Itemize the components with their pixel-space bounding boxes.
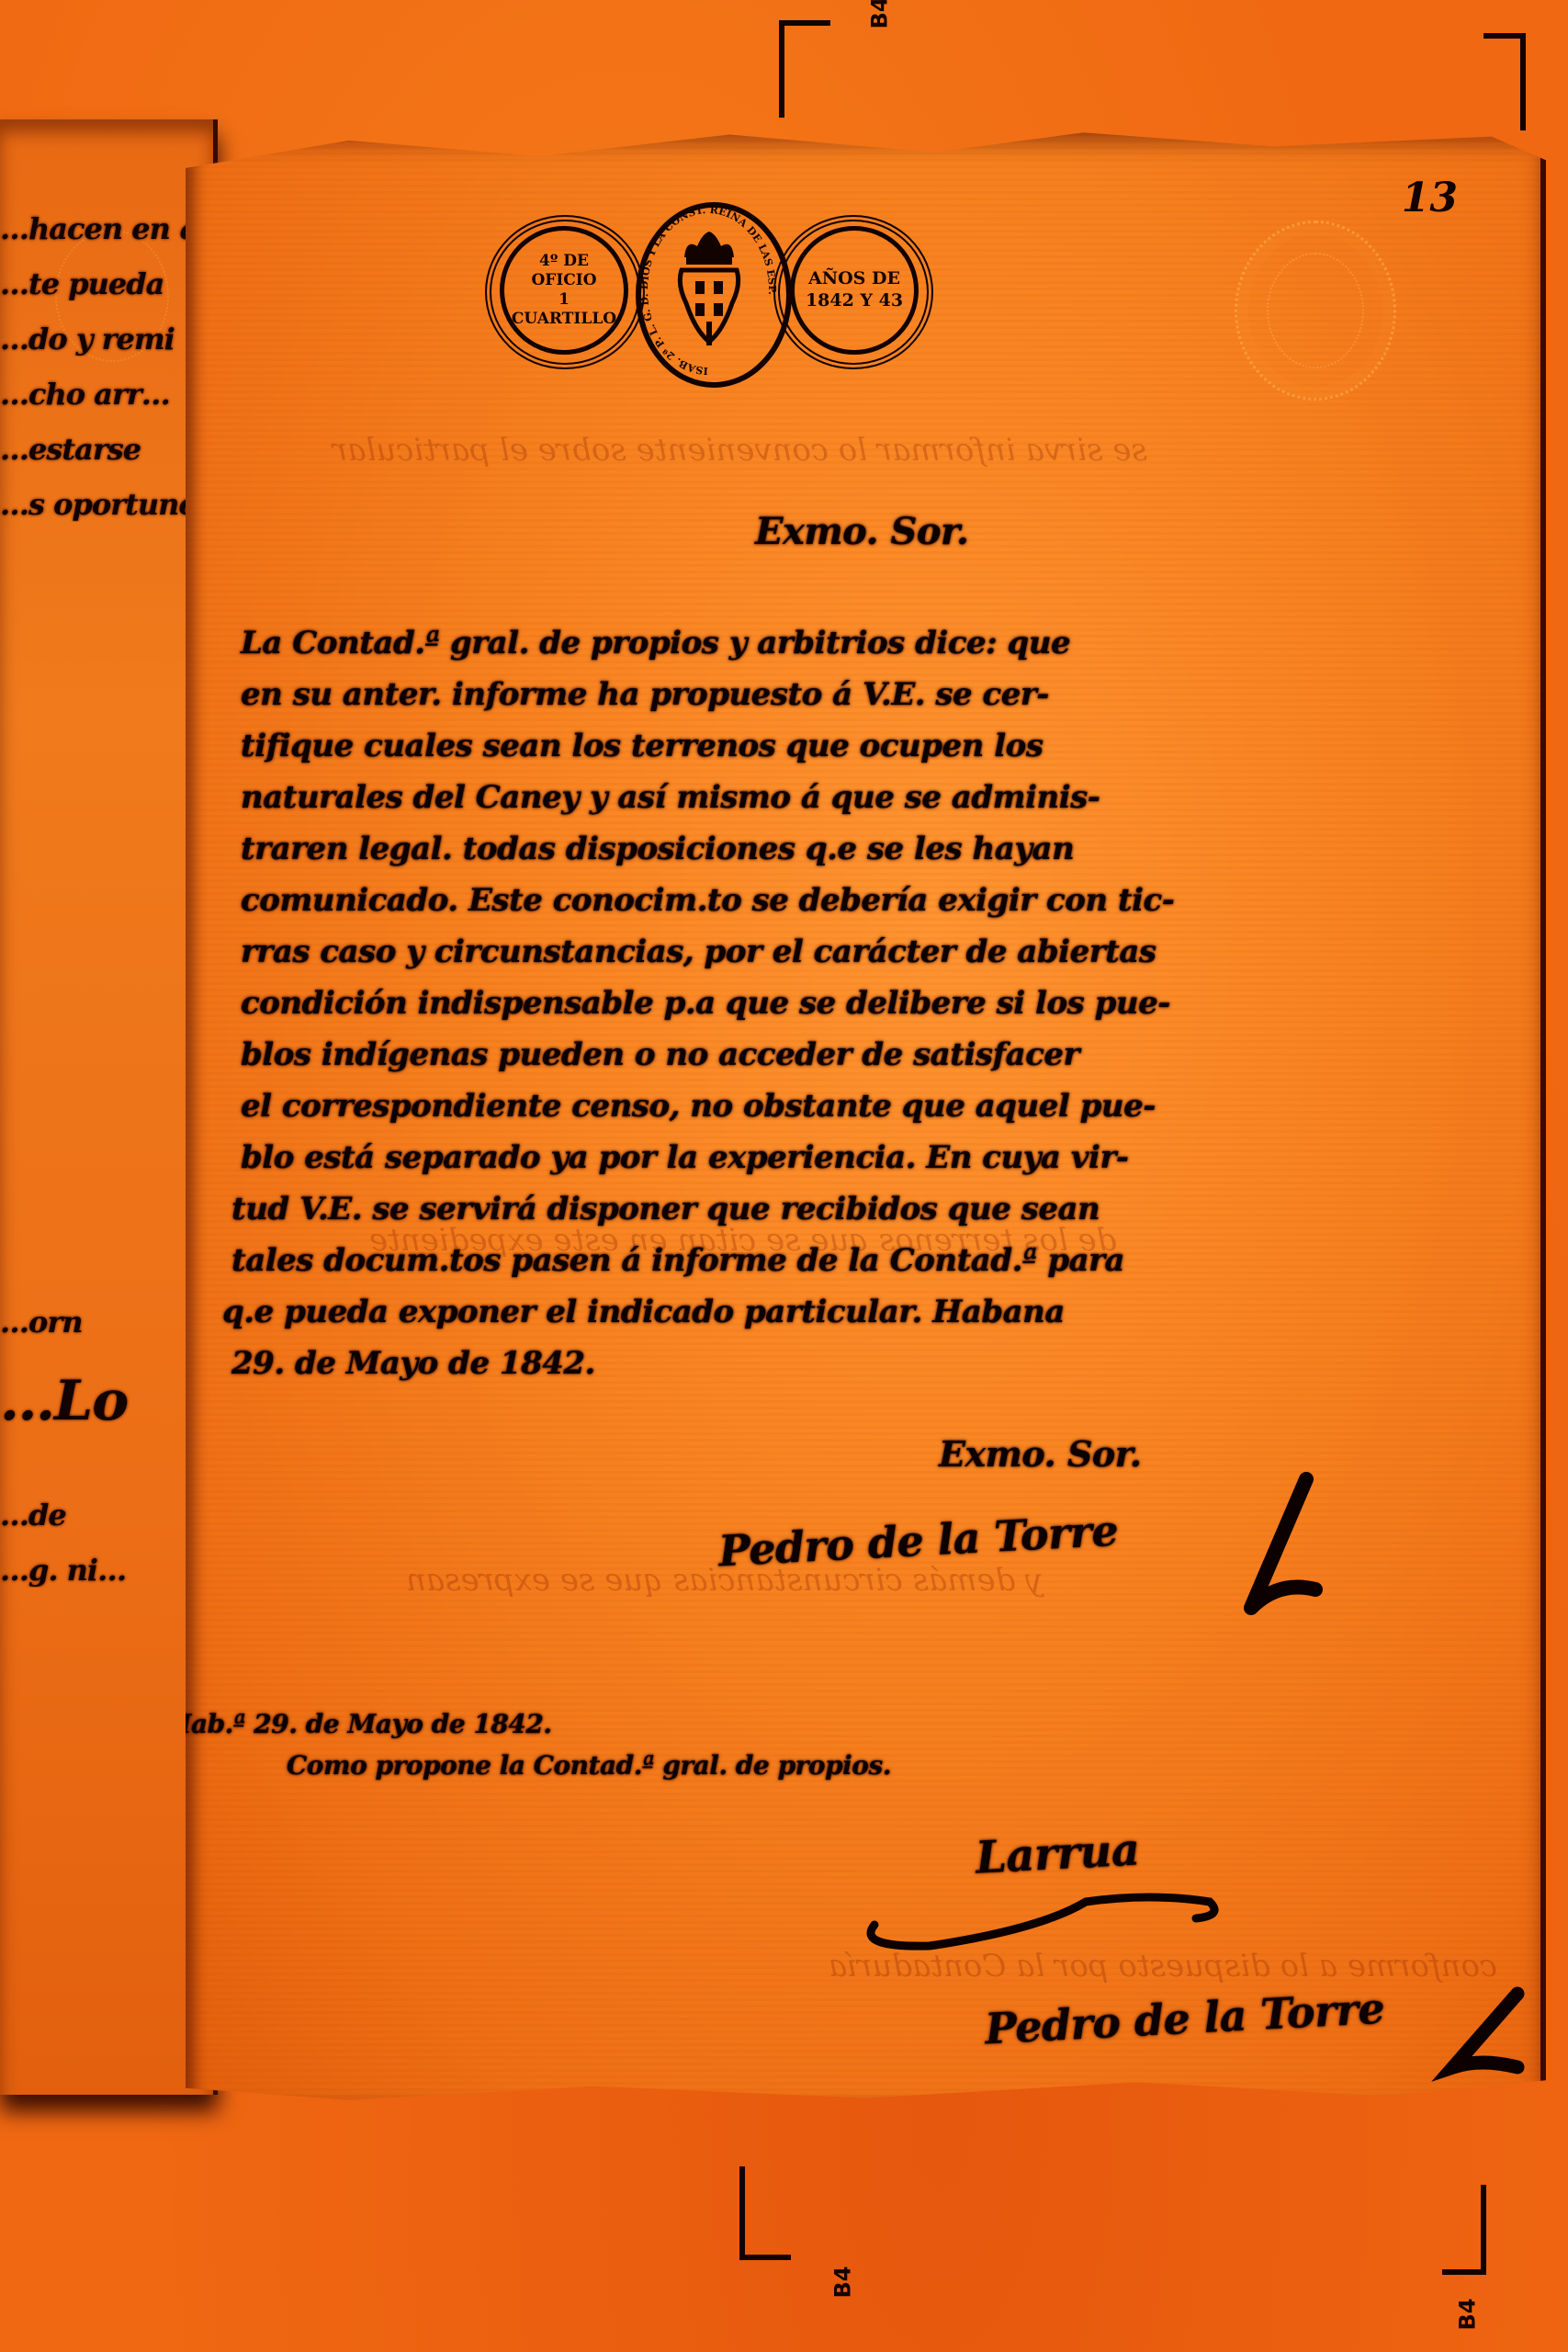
registration-mark-bottom-left: [739, 2166, 791, 2260]
letter-line: condición indispensable p.a que se delib…: [241, 985, 1170, 1022]
letter-line: comunicado. Este conocim.to se debería e…: [241, 882, 1174, 919]
left-page-line: …Lo: [0, 1369, 211, 1433]
signature-flourish: [847, 1874, 1233, 1957]
salutation: Exmo. Sor.: [755, 510, 968, 553]
letter-date-line: 29. de Mayo de 1842.: [231, 1345, 595, 1382]
letter-line: traren legal. todas disposiciones q.e se…: [241, 831, 1074, 867]
stamp-years-circle: AÑOS DE 1842 Y 43: [790, 226, 919, 355]
bleed-through-text: se sirva informar lo conveniente sobre e…: [333, 432, 1147, 469]
left-page-line: …s oportuno: [0, 487, 211, 522]
letter-line: el correspondiente censo, no obstante qu…: [241, 1088, 1156, 1125]
left-page-line: …estarse: [0, 432, 211, 467]
registration-mark-bottom-right: [1442, 2185, 1486, 2275]
registration-label-bottom-left: B4: [830, 2267, 856, 2299]
embossed-seal: [1235, 220, 1396, 401]
left-page-line: …cho arr…: [0, 377, 211, 412]
stamp-years-value: 1842 Y 43: [806, 290, 903, 312]
stamp-years-label: AÑOS DE: [808, 268, 900, 290]
stamp-class-circle: 4º DE OFICIO 1 CUARTILLO: [500, 226, 628, 355]
manuscript-page: se sirva informar lo conveniente sobre e…: [186, 129, 1546, 2104]
letter-line: en su anter. informe ha propuesto á V.E.…: [241, 676, 1049, 713]
stamp-value-line: 1 CUARTILLO: [504, 290, 624, 330]
signature-final-rubric: [1426, 1984, 1536, 2086]
registration-label-bottom-right: B4: [1455, 2299, 1481, 2331]
letter-line: naturales del Caney y así mismo á que se…: [241, 779, 1100, 816]
left-page-line: …do y remi: [0, 322, 211, 356]
letter-line: La Contad.ª gral. de propios y arbitrios…: [241, 625, 1070, 661]
official-stamp: 4º DE OFICIO 1 CUARTILLO ISAB. 2ª P. L. …: [479, 202, 939, 377]
stamp-class-line: 4º DE OFICIO: [504, 252, 624, 291]
letter-line: blo está separado ya por la experiencia.…: [241, 1139, 1129, 1176]
marginal-note-resolution: Como propone la Contad.ª gral. de propio…: [287, 1750, 891, 1781]
signature-rubric: [1214, 1470, 1325, 1626]
letter-line: tifique cuales sean los terrenos que ocu…: [241, 728, 1043, 764]
registration-mark-top-left: [779, 20, 830, 118]
left-page-line: …g. ni…: [0, 1553, 211, 1588]
closing-salutation: Exmo. Sor.: [939, 1433, 1142, 1475]
registration-mark-top-right: [1483, 33, 1526, 130]
letter-line: tales docum.tos pasen á informe de la Co…: [231, 1242, 1124, 1279]
crown-shield-icon: [668, 230, 750, 349]
left-facing-page: …hacen en que …te pueda …do y remi …cho …: [0, 119, 218, 2095]
registration-label-top: B4: [867, 0, 893, 29]
signature-final: Pedro de la Torre: [984, 1984, 1386, 2054]
letter-line: tud V.E. se servirá disponer que recibid…: [231, 1191, 1100, 1227]
marginal-note-date: Hab.ª 29. de Mayo de 1842.: [167, 1709, 552, 1739]
left-page-line: …orn: [0, 1305, 211, 1340]
left-page-line: …te pueda: [0, 266, 211, 301]
left-page-line: …de: [0, 1498, 211, 1532]
letter-line: q.e pueda exponer el indicado particular…: [222, 1294, 1065, 1330]
left-page-line: …hacen en que: [0, 211, 211, 246]
folio-number: 13: [1402, 175, 1458, 221]
letter-line: rras caso y circunstancias, por el carác…: [241, 933, 1156, 970]
signature-main: Pedro de la Torre: [717, 1506, 1120, 1577]
letter-line: blos indígenas pueden o no acceder de sa…: [241, 1036, 1079, 1073]
